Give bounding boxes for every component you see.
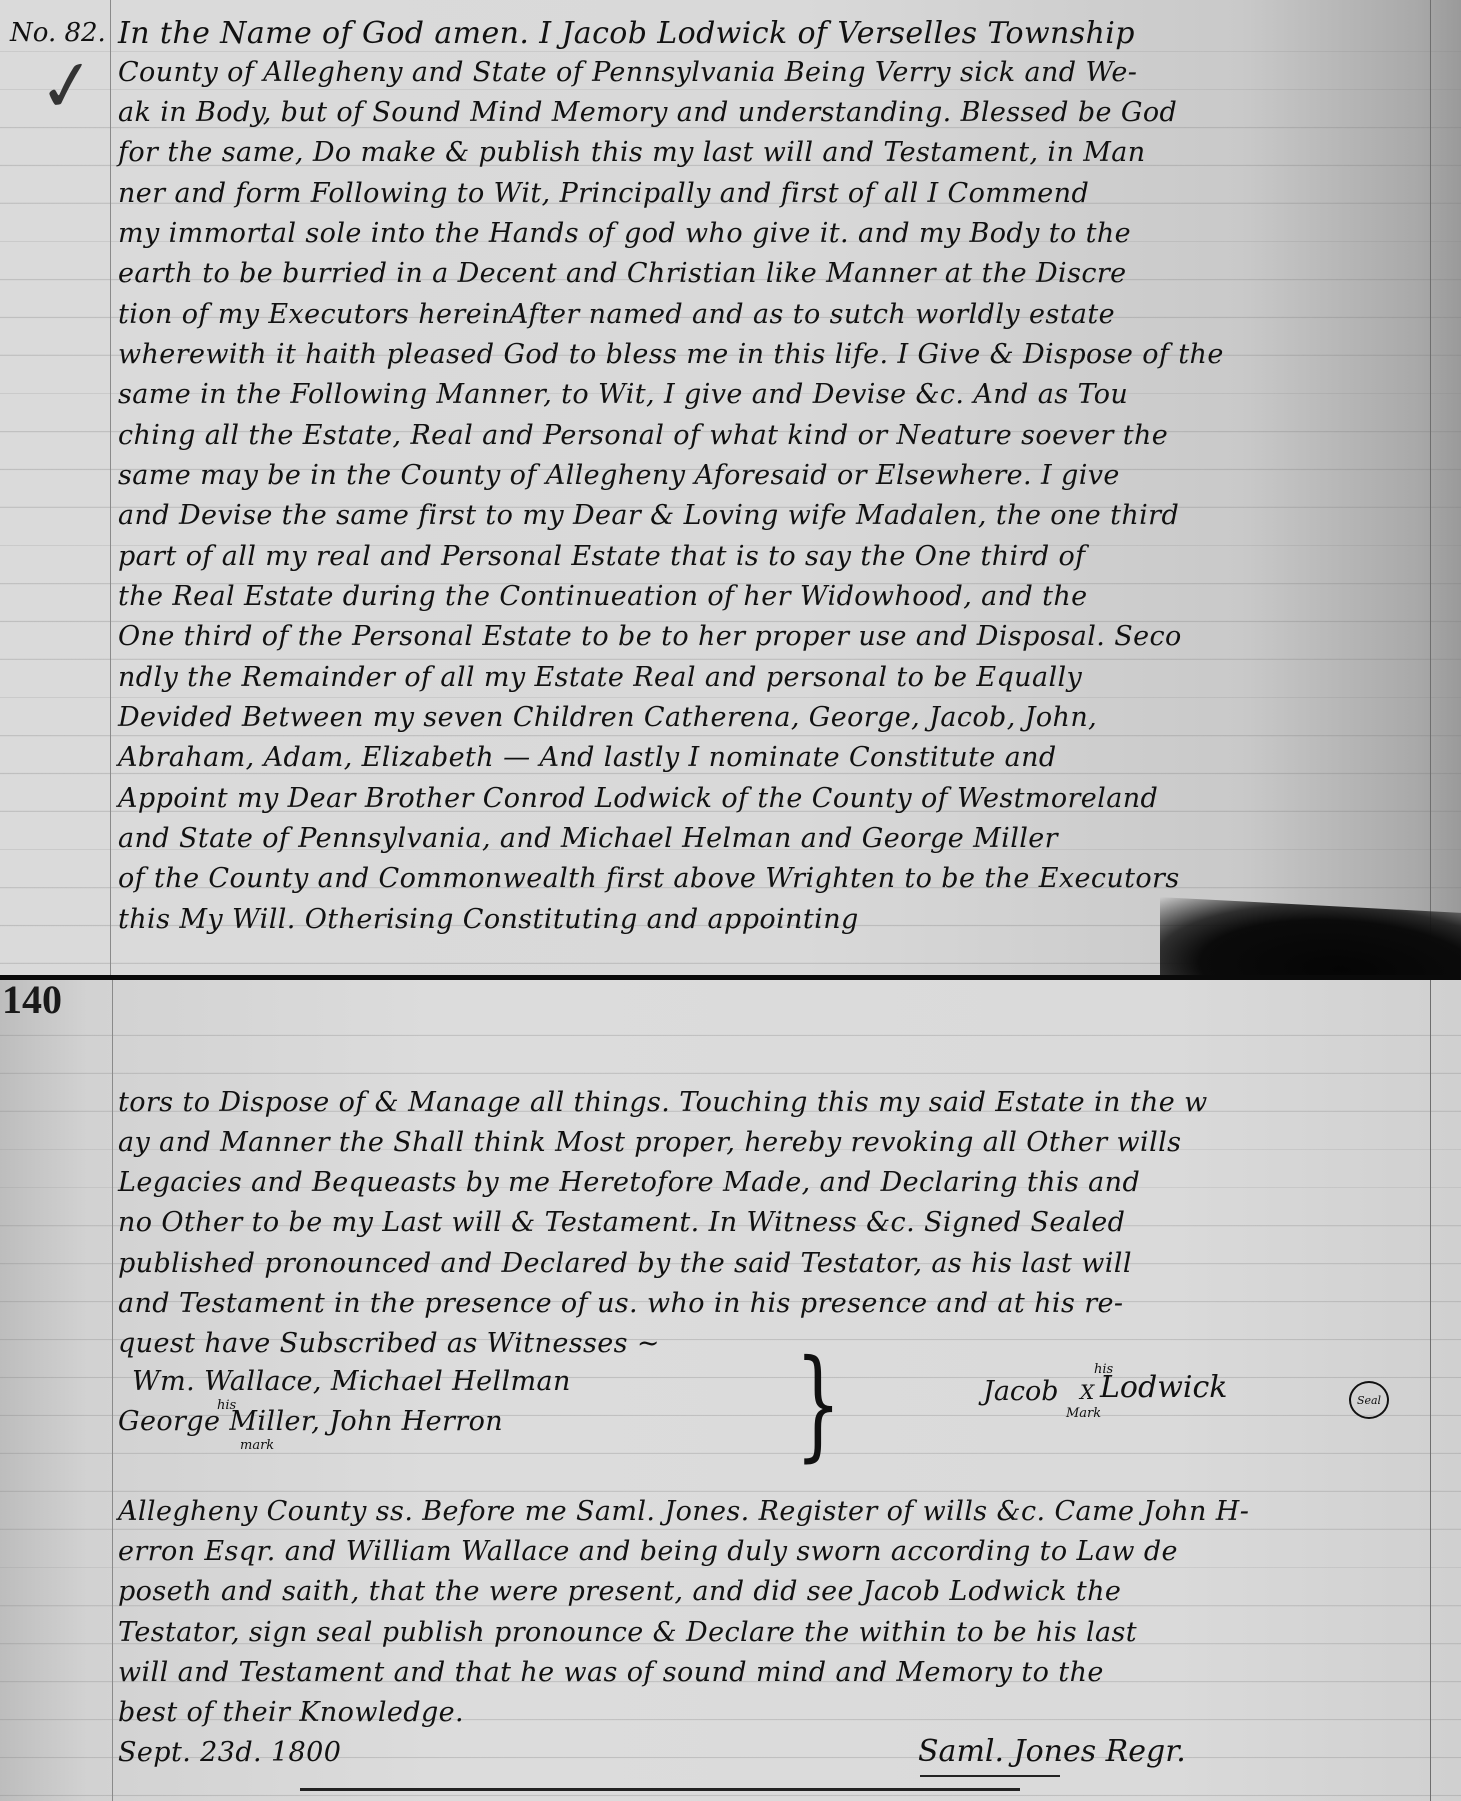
will-line-11: ching all the Estate, Real and Personal … [118, 420, 1168, 451]
top-ledger-page: No. 82. ✓ In the Name of God amen. I Jac… [0, 0, 1461, 975]
probate-line-3: poseth and saith, that the were present,… [118, 1576, 1121, 1607]
will-line-7: earth to be burried in a Decent and Chri… [118, 258, 1127, 289]
will-line-5: ner and form Following to Wit, Principal… [118, 178, 1089, 209]
seal-icon: Seal [1349, 1381, 1389, 1419]
will-line-15: the Real Estate during the Continueation… [118, 581, 1088, 612]
will-line-1: In the Name of God amen. I Jacob Lodwick… [118, 16, 1135, 51]
witness-line-2: George Miller, John Herron [118, 1406, 503, 1437]
will-line-4: for the same, Do make & publish this my … [118, 137, 1146, 168]
will-cont-line-5: published pronounced and Declared by the… [118, 1248, 1132, 1279]
will-line-8: tion of my Executors hereinAfter named a… [118, 299, 1115, 330]
left-margin-line [110, 0, 111, 975]
page-number: 140 [2, 980, 62, 1023]
will-cont-line-1: tors to Dispose of & Manage all things. … [118, 1087, 1208, 1118]
will-line-10: same in the Following Manner, to Wit, I … [118, 379, 1128, 410]
bottom-ledger-page: 140 tors to Dispose of & Manage all thin… [0, 980, 1461, 1801]
will-line-20: Appoint my Dear Brother Conrod Lodwick o… [118, 783, 1158, 814]
witness-bracket-icon: } [795, 1335, 841, 1474]
probate-line-4: Testator, sign seal publish pronounce & … [118, 1617, 1137, 1648]
witness-mark-his: his [217, 1398, 236, 1413]
will-cont-line-6: and Testament in the presence of us. who… [118, 1288, 1123, 1319]
witness-mark-label: mark [240, 1438, 274, 1453]
left-margin-line [112, 980, 113, 1801]
checkmark-icon: ✓ [33, 41, 102, 130]
will-line-12: same may be in the County of Allegheny A… [118, 460, 1120, 491]
will-cont-line-2: ay and Manner the Shall think Most prope… [118, 1127, 1181, 1158]
will-line-6: my immortal sole into the Hands of god w… [118, 218, 1131, 249]
right-margin-line [1430, 0, 1431, 975]
will-line-2: County of Allegheny and State of Pennsyl… [118, 57, 1137, 88]
entry-number: No. 82. [10, 18, 106, 48]
witness-line-1: Wm. Wallace, Michael Hellman [132, 1366, 571, 1397]
testator-first-name: Jacob [983, 1376, 1059, 1407]
will-cont-line-3: Legacies and Bequeasts by me Heretofore … [118, 1167, 1140, 1198]
probate-date: Sept. 23d. 1800 [118, 1737, 341, 1768]
will-line-21: and State of Pennsylvania, and Michael H… [118, 823, 1058, 854]
will-line-22: of the County and Commonwealth first abo… [118, 863, 1180, 894]
signature-underline [920, 1775, 1060, 1777]
will-line-16: One third of the Personal Estate to be t… [118, 621, 1182, 652]
testator-mark-label: Mark [1066, 1406, 1101, 1421]
right-margin-line [1430, 980, 1431, 1801]
will-line-19: Abraham, Adam, Elizabeth — And lastly I … [118, 742, 1057, 773]
will-line-3: ak in Body, but of Sound Mind Memory and… [118, 97, 1177, 128]
probate-line-2: erron Esqr. and William Wallace and bein… [118, 1536, 1178, 1567]
will-line-13: and Devise the same first to my Dear & L… [118, 500, 1179, 531]
will-line-17: ndly the Remainder of all my Estate Real… [118, 662, 1082, 693]
will-cont-line-4: no Other to be my Last will & Testament.… [118, 1207, 1125, 1238]
will-line-18: Devided Between my seven Children Cather… [118, 702, 1097, 733]
testator-mark-x: X [1080, 1380, 1094, 1404]
registrar-signature: Saml. Jones Regr. [918, 1734, 1186, 1769]
probate-line-6: best of their Knowledge. [118, 1697, 464, 1728]
probate-line-5: will and Testament and that he was of so… [118, 1657, 1104, 1688]
probate-line-1: Allegheny County ss. Before me Saml. Jon… [118, 1496, 1249, 1527]
will-cont-line-7: quest have Subscribed as Witnesses ~ [118, 1328, 660, 1359]
end-of-entry-rule [300, 1788, 1020, 1791]
testator-last-name: Lodwick [1100, 1370, 1227, 1405]
will-line-23: this My Will. Otherising Constituting an… [118, 904, 859, 935]
will-line-14: part of all my real and Personal Estate … [118, 541, 1086, 572]
will-line-9: wherewith it haith pleased God to bless … [118, 339, 1224, 370]
